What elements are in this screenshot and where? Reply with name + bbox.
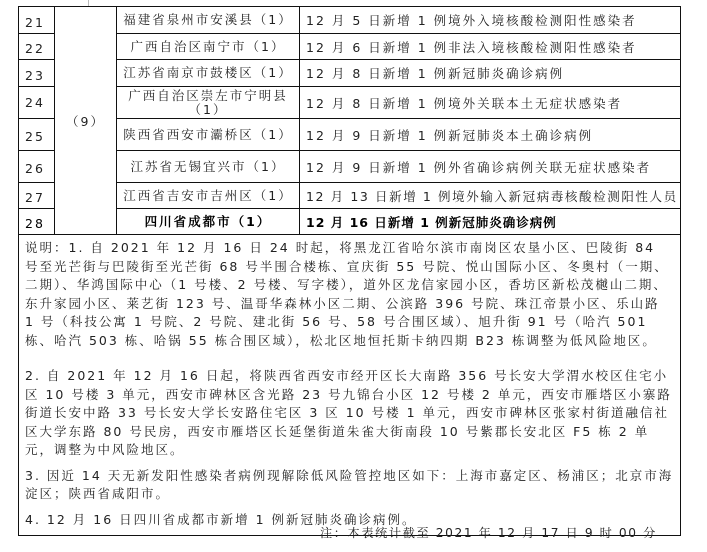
description-cell: 12 月 13 日新增 1 例境外输入新冠病毒核酸检测阳性人员 [300, 183, 681, 209]
location-cell: 四川省成都市（1） [117, 209, 300, 235]
row-number: 24 [19, 87, 55, 119]
location-cell: 江苏省无锡宜兴市（1） [117, 151, 300, 183]
description-cell: 12 月 9 日新增 1 例新冠肺炎本土确诊病例 [300, 119, 681, 151]
description-cell: 12 月 5 日新增 1 例境外入境核酸检测阳性感染者 [300, 7, 681, 34]
table-row-highlighted: 28 四川省成都市（1） 12 月 16 日新增 1 例新冠肺炎确诊病例 [19, 209, 681, 235]
risk-area-table: 21 （9） 福建省泉州市安溪县（1） 12 月 5 日新增 1 例境外入境核酸… [18, 6, 681, 536]
note-paragraph-3: 3. 因近 14 天无新发阳性感染者病例现解除低风险管控地区如下：上海市嘉定区、… [25, 467, 674, 504]
table-row: 25 陕西省西安市灞桥区（1） 12 月 9 日新增 1 例新冠肺炎本土确诊病例 [19, 119, 681, 151]
description-cell: 12 月 8 日新增 1 例新冠肺炎确诊病例 [300, 60, 681, 87]
location-cell: 广西自治区南宁市（1） [117, 34, 300, 60]
row-number: 26 [19, 151, 55, 183]
row-number: 23 [19, 60, 55, 87]
paragraph-gap [25, 350, 674, 367]
location-cell: 江西省吉安市吉州区（1） [117, 183, 300, 209]
table-row: 21 （9） 福建省泉州市安溪县（1） 12 月 5 日新增 1 例境外入境核酸… [19, 7, 681, 34]
note-paragraph-1: 说明：1. 自 2021 年 12 月 16 日 24 时起，将黑龙江省哈尔滨市… [25, 239, 674, 350]
description-cell: 12 月 6 日新增 1 例非法入境核酸检测阳性感染者 [300, 34, 681, 60]
description-cell: 12 月 9 日新增 1 例外省确诊病例关联无症状感染者 [300, 151, 681, 183]
notes-cell: 说明：1. 自 2021 年 12 月 16 日 24 时起，将黑龙江省哈尔滨市… [19, 235, 681, 536]
row-number: 25 [19, 119, 55, 151]
statistics-footnote: 注：本表统计截至 2021 年 12 月 17 日 9 时 00 分 [320, 524, 657, 541]
note-paragraph-2: 2. 自 2021 年 12 月 16 日起，将陕西省西安市经开区长大南路 35… [25, 367, 674, 460]
location-cell: 广西自治区崇左市宁明县（1） [117, 87, 300, 119]
document-page: 21 （9） 福建省泉州市安溪县（1） 12 月 5 日新增 1 例境外入境核酸… [0, 0, 707, 552]
table-row: 22 广西自治区南宁市（1） 12 月 6 日新增 1 例非法入境核酸检测阳性感… [19, 34, 681, 60]
paragraph-gap [25, 504, 674, 511]
row-number: 27 [19, 183, 55, 209]
description-cell: 12 月 8 日新增 1 例境外关联本土无症状感染者 [300, 87, 681, 119]
location-cell: 陕西省西安市灞桥区（1） [117, 119, 300, 151]
location-cell: 江苏省南京市鼓楼区（1） [117, 60, 300, 87]
table-row: 26 江苏省无锡宜兴市（1） 12 月 9 日新增 1 例外省确诊病例关联无症状… [19, 151, 681, 183]
table-row: 27 江西省吉安市吉州区（1） 12 月 13 日新增 1 例境外输入新冠病毒核… [19, 183, 681, 209]
location-cell: 福建省泉州市安溪县（1） [117, 7, 300, 34]
paragraph-gap [25, 460, 674, 467]
table-row: 23 江苏省南京市鼓楼区（1） 12 月 8 日新增 1 例新冠肺炎确诊病例 [19, 60, 681, 87]
group-count: （9） [55, 7, 117, 235]
notes-row: 说明：1. 自 2021 年 12 月 16 日 24 时起，将黑龙江省哈尔滨市… [19, 235, 681, 536]
description-cell: 12 月 16 日新增 1 例新冠肺炎确诊病例 [300, 209, 681, 235]
row-number: 22 [19, 34, 55, 60]
row-number: 21 [19, 7, 55, 34]
table-row: 24 广西自治区崇左市宁明县（1） 12 月 8 日新增 1 例境外关联本土无症… [19, 87, 681, 119]
row-number: 28 [19, 209, 55, 235]
